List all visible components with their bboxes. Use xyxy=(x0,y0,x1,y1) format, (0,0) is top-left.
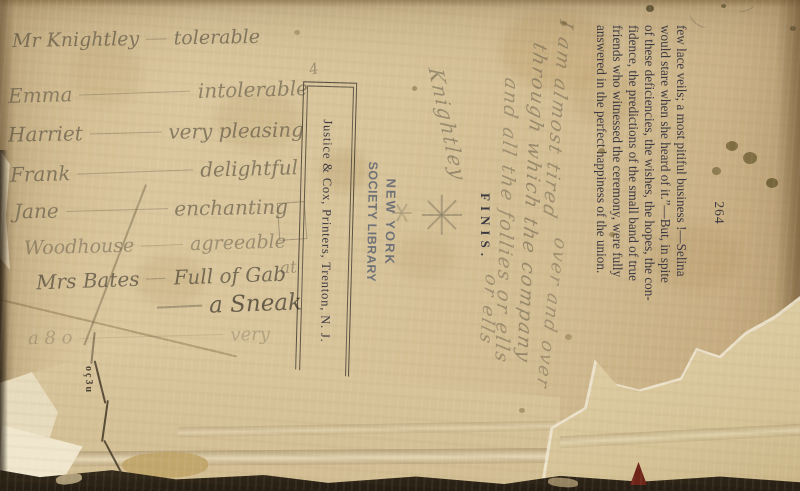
pencil-list-row: Mrs BatesFull of Gab xyxy=(36,262,287,295)
foxing-spot xyxy=(561,21,567,26)
library-stamp-line2: SOCIETY LIBRARY xyxy=(362,158,382,286)
board-edge-dark-left xyxy=(0,150,8,480)
foxing-spot xyxy=(726,141,738,151)
foxing-spot xyxy=(294,30,300,35)
pencil-dash xyxy=(90,131,162,134)
pencil-dash xyxy=(141,244,183,247)
pencil-list-row: a Sneak xyxy=(150,289,303,320)
torn-paper-band xyxy=(0,340,560,491)
finis-text: FINIS. xyxy=(477,182,493,272)
foxing-spot xyxy=(721,4,726,8)
foxing-spot xyxy=(519,408,525,413)
character-name: a 8 o xyxy=(28,327,73,349)
character-comment: a Sneak xyxy=(209,289,303,318)
star-doodle-small xyxy=(392,202,412,222)
library-stamp: NEW YORK SOCIETY LIBRARY xyxy=(360,158,400,287)
printed-line: few lace veils; a most pitiful business … xyxy=(673,25,689,397)
character-comment: very xyxy=(230,324,270,346)
library-stamp-line1: NEW YORK xyxy=(380,158,400,286)
character-comment: intolerable xyxy=(198,76,309,103)
pencil-list-row: Janeenchanting xyxy=(14,195,288,224)
character-name: Emma xyxy=(8,82,73,108)
printed-line: answered in the perfect happiness of the… xyxy=(593,25,609,397)
pencil-list-row: Frankdelightful xyxy=(10,155,299,187)
character-comment: enchanting xyxy=(174,195,288,221)
foxing-spot xyxy=(790,26,796,31)
character-comment: agreeable xyxy=(190,231,286,256)
foxing-spot xyxy=(609,232,615,237)
pencil-box-doodle xyxy=(277,201,308,241)
star-doodle xyxy=(422,194,462,234)
printed-fragment: oç3u xyxy=(80,366,94,408)
pencil-dash xyxy=(66,208,168,212)
printed-line: of these deficiencies, the wishes, the h… xyxy=(641,25,657,397)
printed-line: would stare when she heard of it.”—But, … xyxy=(657,25,673,397)
pencil-dash xyxy=(79,90,190,95)
pencil-dash xyxy=(146,38,167,40)
foxing-spot xyxy=(766,178,778,188)
character-comment: very pleasing xyxy=(168,117,304,143)
top-edge-shadow xyxy=(0,0,800,7)
printed-line: fidence, the predictions of the small ba… xyxy=(625,25,641,397)
pencil-at-mark: at xyxy=(279,257,297,278)
foxing-spot xyxy=(712,167,721,175)
pencil-dash xyxy=(157,305,202,309)
pencil-list-row: Woodhouseagreeable xyxy=(24,231,286,260)
foxing-spot xyxy=(646,5,654,12)
character-comment: Full of Gab xyxy=(173,262,286,290)
printed-paragraph: few lace veils; a most pitiful business … xyxy=(593,25,689,397)
printed-line: friends who witnessed the ceremony, were… xyxy=(609,25,625,397)
foxing-spot xyxy=(743,152,757,164)
foxing-spot xyxy=(598,148,605,154)
pencil-list-row: Mr Knightleytolerable xyxy=(12,26,260,52)
cursive-inscription-fragment: Knightley xyxy=(423,68,471,176)
pencil-four-mark: 4 xyxy=(307,59,320,79)
pencil-dash xyxy=(77,169,193,174)
character-comment: delightful xyxy=(200,155,298,182)
pencil-dash xyxy=(146,277,166,279)
character-name: Jane xyxy=(14,199,59,224)
character-name: Frank xyxy=(10,161,71,187)
pencil-squiggle xyxy=(687,8,711,30)
book-back-page-photo: few lace veils; a most pitiful business … xyxy=(0,0,800,491)
stain xyxy=(395,235,455,280)
character-name: Harriet xyxy=(8,121,83,146)
character-comment: tolerable xyxy=(174,26,261,50)
character-name: Mrs Bates xyxy=(36,267,140,295)
foxing-spot xyxy=(565,334,572,340)
foxing-spot xyxy=(412,86,417,91)
character-name: Mr Knightley xyxy=(12,28,140,52)
page-number: 264 xyxy=(711,198,727,228)
